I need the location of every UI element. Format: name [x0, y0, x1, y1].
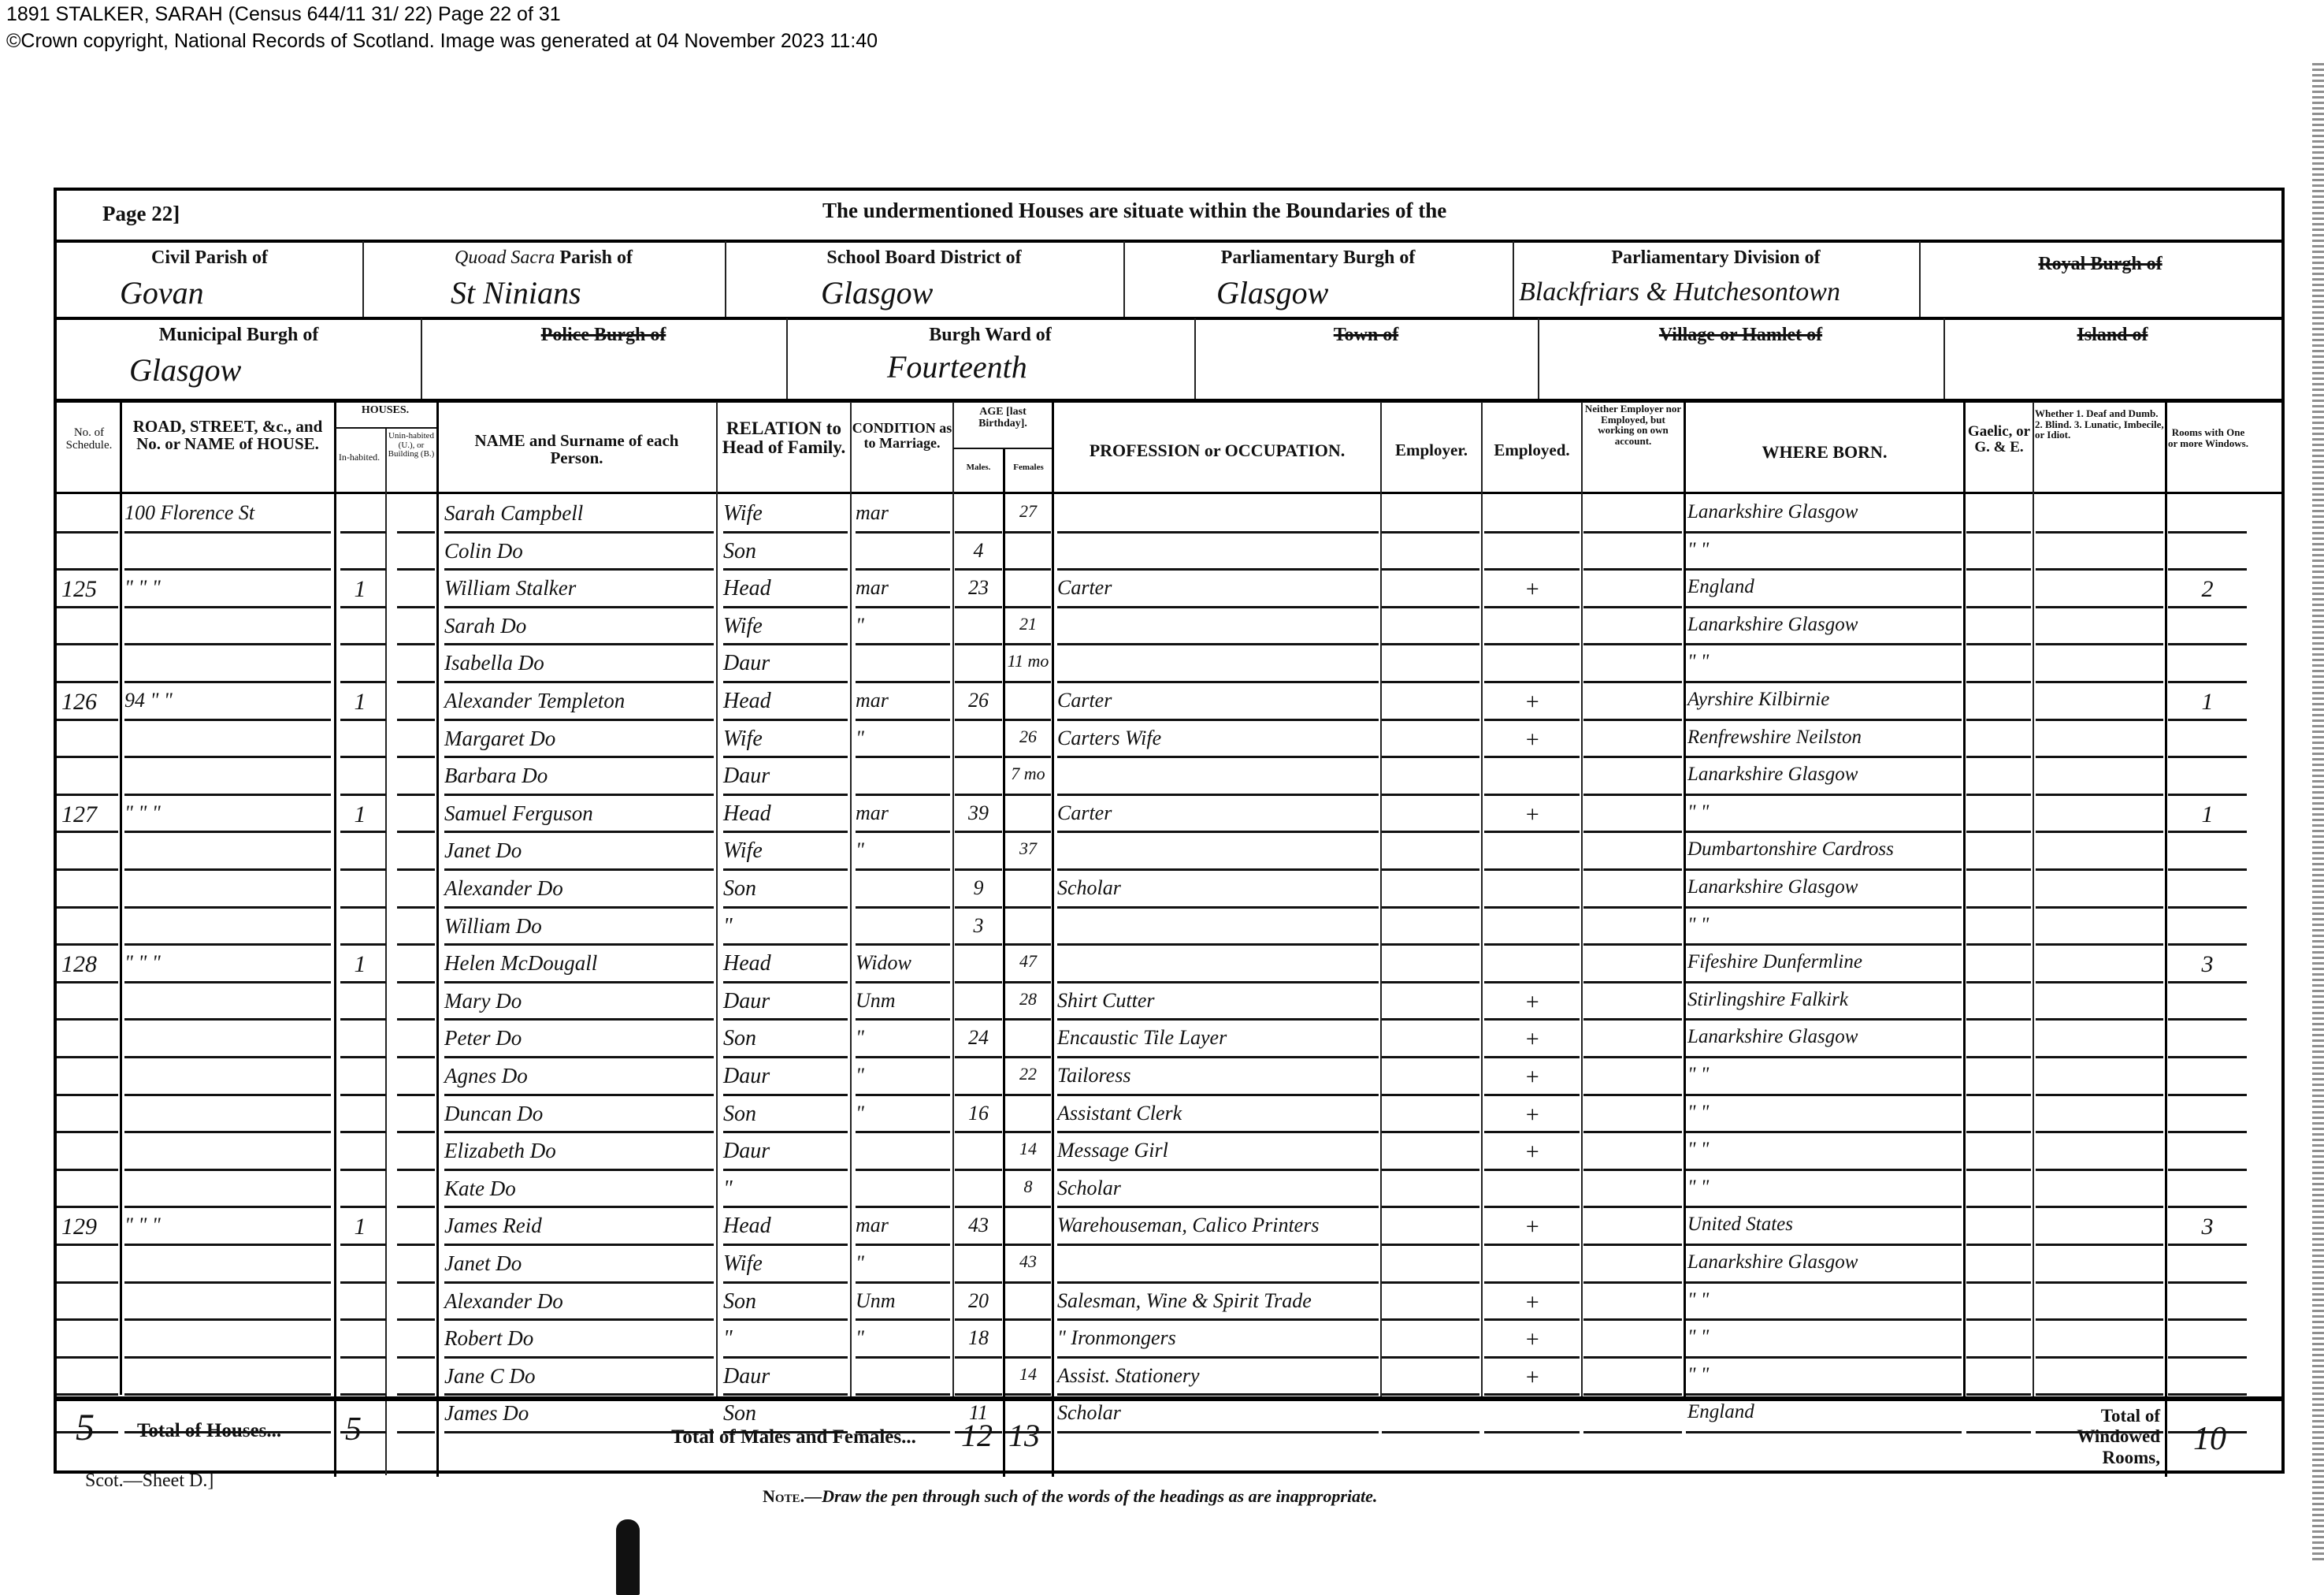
cell-born: England: [1687, 1401, 1963, 1423]
row-rule: [2036, 1169, 2163, 1171]
row-rule: [1484, 1244, 1580, 1246]
cell-inhabited: 1: [340, 801, 380, 828]
row-rule: [1382, 1206, 1479, 1208]
cell-name: Janet Do: [444, 838, 712, 863]
row-rule: [2036, 1281, 2163, 1284]
cell-born: " ": [1687, 1064, 1963, 1086]
divider: [57, 317, 2281, 320]
row-rule: [1005, 756, 1051, 758]
row-rule: [2168, 681, 2247, 683]
row-rule: [2036, 981, 2163, 983]
row-rule: [1686, 1169, 1962, 1171]
row-rule: [1057, 606, 1379, 608]
cell-employed: +: [1484, 1289, 1580, 1316]
row-rule: [444, 1393, 714, 1396]
row-rule: [1583, 1094, 1682, 1096]
row-rule: [57, 906, 118, 909]
row-rule: [124, 1356, 331, 1359]
cell-relation: Daur: [723, 651, 848, 676]
footer-note: Note.—Draw the pen through such of the w…: [763, 1486, 1377, 1507]
cell-female-age: 28: [1005, 989, 1051, 1009]
row-rule: [1583, 531, 1682, 534]
cell-condition: mar: [856, 689, 950, 712]
row-rule: [856, 1393, 950, 1396]
row-rule: [1966, 1244, 2031, 1246]
row-rule: [1583, 1431, 1682, 1433]
row-rule: [1057, 868, 1379, 871]
row-rule: [1583, 1018, 1682, 1021]
row-rule: [1583, 1318, 1682, 1321]
parliamentary-division-label: Parliamentary Division of: [1513, 247, 1919, 269]
row-rule: [1686, 1056, 1962, 1058]
divider: [1919, 241, 1921, 317]
cell-employed: +: [1484, 576, 1580, 603]
cell-female-age: 43: [1005, 1251, 1051, 1272]
total-houses-value: 5: [345, 1411, 362, 1448]
row-rule: [444, 568, 714, 571]
cell-relation: Son: [723, 1102, 848, 1127]
row-rule: [723, 643, 848, 645]
cell-employed: +: [1484, 1064, 1580, 1091]
census-form: Page 22] The undermentioned Houses are s…: [54, 188, 2285, 1474]
row-rule: [397, 1356, 435, 1359]
row-rule: [955, 1281, 1002, 1284]
row-rule: [444, 756, 714, 758]
cell-rooms: 3: [2168, 951, 2247, 978]
row-rule: [444, 681, 714, 683]
cell-condition: ": [856, 1251, 950, 1275]
row-rule: [57, 681, 118, 683]
cell-relation: Son: [723, 1401, 848, 1426]
row-rule: [444, 1281, 714, 1284]
row-rule: [1382, 1431, 1479, 1433]
col-header-road: ROAD, STREET, &c., and No. or NAME of HO…: [123, 418, 332, 452]
ink-blot: [616, 1519, 640, 1595]
row-rule: [1382, 943, 1479, 946]
row-rule: [397, 643, 435, 645]
row-rule: [397, 868, 435, 871]
cell-name: William Do: [444, 914, 712, 939]
row-rule: [1686, 1318, 1962, 1321]
cell-road: 100 Florence St: [124, 501, 331, 525]
cell-born: " ": [1687, 1102, 1963, 1124]
row-rule: [340, 531, 386, 534]
total-rooms-label: Total of Windowed Rooms,: [2073, 1406, 2160, 1468]
cell-male-age: 20: [955, 1289, 1002, 1313]
row-rule: [340, 1131, 386, 1133]
cell-name: Samuel Ferguson: [444, 801, 712, 826]
cell-born: " ": [1687, 1289, 1963, 1311]
col-header-employer: Employer.: [1382, 441, 1481, 459]
row-rule: [124, 1056, 331, 1058]
row-rule: [955, 1169, 1002, 1171]
cell-condition: mar: [856, 801, 950, 825]
row-rule: [124, 981, 331, 983]
row-rule: [444, 643, 714, 645]
row-rule: [2036, 1018, 2163, 1021]
parliamentary-burgh-value: Glasgow: [1216, 274, 1328, 311]
row-rule: [723, 1244, 848, 1246]
cell-condition: ": [856, 1326, 950, 1350]
row-rule: [1966, 831, 2031, 833]
cell-relation: Daur: [723, 1064, 848, 1089]
row-rule: [1382, 568, 1479, 571]
cell-condition: mar: [856, 501, 950, 525]
cell-employed: +: [1484, 989, 1580, 1016]
cell-born: Lanarkshire Glasgow: [1687, 614, 1963, 636]
cell-occupation: Assistant Clerk: [1057, 1102, 1380, 1125]
row-rule: [1057, 1281, 1379, 1284]
row-rule: [1686, 756, 1962, 758]
row-rule: [1057, 981, 1379, 983]
cell-relation: Son: [723, 1026, 848, 1051]
row-rule: [1484, 531, 1580, 534]
row-rule: [1583, 1206, 1682, 1208]
row-rule: [1484, 1431, 1580, 1433]
cell-occupation: Scholar: [1057, 876, 1380, 900]
row-rule: [1686, 568, 1962, 571]
cell-male-age: 4: [955, 539, 1002, 563]
row-rule: [1686, 981, 1962, 983]
row-rule: [856, 681, 950, 683]
row-rule: [856, 906, 950, 909]
cell-born: " ": [1687, 1364, 1963, 1386]
cell-born: Fifeshire Dunfermline: [1687, 951, 1963, 973]
row-rule: [856, 643, 950, 645]
row-rule: [1382, 906, 1479, 909]
row-rule: [57, 1318, 118, 1321]
row-rule: [1686, 868, 1962, 871]
row-rule: [723, 756, 848, 758]
cell-condition: Widow: [856, 951, 950, 975]
row-rule: [444, 1244, 714, 1246]
col-header-rooms: Rooms with One or more Windows.: [2167, 427, 2249, 448]
row-rule: [124, 1318, 331, 1321]
cell-name: Helen McDougall: [444, 951, 712, 976]
cell-name: Sarah Do: [444, 614, 712, 638]
col-divider: [436, 402, 439, 1477]
burgh-ward-value: Fourteenth: [887, 348, 1027, 385]
cell-relation: Wife: [723, 501, 848, 526]
row-rule: [1484, 1094, 1580, 1096]
row-rule: [1057, 1206, 1379, 1208]
row-rule: [723, 868, 848, 871]
row-rule: [2036, 794, 2163, 796]
row-rule: [1966, 643, 2031, 645]
row-rule: [1484, 1206, 1580, 1208]
row-rule: [1583, 1169, 1682, 1171]
row-rule: [57, 1393, 118, 1396]
cell-born: " ": [1687, 914, 1963, 936]
row-rule: [444, 1169, 714, 1171]
row-rule: [1382, 794, 1479, 796]
row-rule: [124, 719, 331, 721]
row-rule: [2168, 1281, 2247, 1284]
cell-inhabited: 1: [340, 951, 380, 978]
cell-relation: ": [723, 1177, 848, 1202]
cell-name: James Reid: [444, 1214, 712, 1238]
row-rule: [444, 531, 714, 534]
row-rule: [1005, 906, 1051, 909]
row-rule: [340, 1281, 386, 1284]
row-rule: [397, 1131, 435, 1133]
cell-female-age: 37: [1005, 838, 1051, 859]
row-rule: [1966, 868, 2031, 871]
row-rule: [856, 1281, 950, 1284]
cell-condition: Unm: [856, 1289, 950, 1313]
cell-occupation: Carter: [1057, 801, 1380, 825]
row-rule: [340, 681, 386, 683]
col-divider: [952, 402, 954, 1396]
page-edge-scan-noise: [2312, 63, 2324, 1560]
row-rule: [723, 906, 848, 909]
cell-name: Agnes Do: [444, 1064, 712, 1088]
cell-occupation: Carter: [1057, 576, 1380, 600]
row-rule: [723, 719, 848, 721]
row-rule: [1686, 1018, 1962, 1021]
cell-rooms: 3: [2168, 1214, 2247, 1240]
row-rule: [1005, 568, 1051, 571]
row-rule: [124, 643, 331, 645]
row-rule: [397, 1056, 435, 1058]
row-rule: [397, 1169, 435, 1171]
col-header-name: NAME and Surname of each Person.: [451, 432, 703, 467]
row-rule: [2036, 606, 2163, 608]
row-rule: [856, 1356, 950, 1359]
row-rule: [856, 719, 950, 721]
col-header-gaelic: Gaelic, or G. & E.: [1966, 424, 2033, 455]
row-rule: [1005, 981, 1051, 983]
row-rule: [2168, 1393, 2247, 1396]
row-rule: [1686, 1393, 1962, 1396]
row-rule: [1686, 606, 1962, 608]
cell-male-age: 9: [955, 876, 1002, 900]
cell-name: Kate Do: [444, 1177, 712, 1201]
row-rule: [1382, 719, 1479, 721]
row-rule: [1057, 1318, 1379, 1321]
row-rule: [1583, 568, 1682, 571]
row-rule: [1966, 1281, 2031, 1284]
row-rule: [2168, 1169, 2247, 1171]
cell-condition: ": [856, 614, 950, 638]
cell-male-age: 39: [955, 801, 1002, 825]
row-rule: [1966, 794, 2031, 796]
row-rule: [340, 1206, 386, 1208]
row-rule: [1686, 1431, 1962, 1433]
row-rule: [2168, 1244, 2247, 1246]
row-rule: [1966, 981, 2031, 983]
row-rule: [1005, 1169, 1051, 1171]
cell-female-age: 21: [1005, 614, 1051, 634]
cell-relation: Daur: [723, 1364, 848, 1389]
row-rule: [444, 831, 714, 833]
row-rule: [723, 1206, 848, 1208]
cell-female-age: 22: [1005, 1064, 1051, 1084]
row-rule: [856, 1318, 950, 1321]
total-houses-label: Total of Houses...: [137, 1420, 281, 1442]
row-rule: [2168, 868, 2247, 871]
cell-name: Mary Do: [444, 989, 712, 1013]
row-rule: [2036, 681, 2163, 683]
row-rule: [723, 1169, 848, 1171]
cell-relation: Daur: [723, 1139, 848, 1164]
row-rule: [57, 606, 118, 608]
row-rule: [1686, 643, 1962, 645]
cell-relation: Head: [723, 689, 848, 714]
col-header-inhabited: In-habited.: [334, 452, 384, 463]
cell-occupation: Carter: [1057, 689, 1380, 712]
row-rule: [444, 794, 714, 796]
col-divider: [1581, 402, 1583, 1396]
cell-relation: ": [723, 914, 848, 939]
cell-relation: Son: [723, 1289, 848, 1314]
row-rule: [1382, 1356, 1479, 1359]
row-rule: [444, 1356, 714, 1359]
row-rule: [1057, 831, 1379, 833]
row-rule: [2036, 1094, 2163, 1096]
row-rule: [340, 794, 386, 796]
row-rule: [2168, 1131, 2247, 1133]
cell-condition: mar: [856, 576, 950, 600]
row-rule: [1484, 794, 1580, 796]
row-rule: [1057, 643, 1379, 645]
row-rule: [340, 906, 386, 909]
row-rule: [340, 943, 386, 946]
row-rule: [340, 981, 386, 983]
row-rule: [57, 1094, 118, 1096]
note-prefix: Note.—: [763, 1486, 822, 1506]
row-rule: [1057, 719, 1379, 721]
cell-born: Ayrshire Kilbirnie: [1687, 689, 1963, 711]
row-rule: [2036, 531, 2163, 534]
row-rule: [955, 906, 1002, 909]
cell-road: " " ": [124, 1214, 331, 1237]
cell-born: Stirlingshire Falkirk: [1687, 989, 1963, 1011]
row-rule: [1966, 1206, 2031, 1208]
row-rule: [856, 868, 950, 871]
row-rule: [57, 1018, 118, 1021]
row-rule: [2036, 1056, 2163, 1058]
row-rule: [723, 981, 848, 983]
cell-name: Isabella Do: [444, 651, 712, 675]
row-rule: [1005, 531, 1051, 534]
cell-occupation: Shirt Cutter: [1057, 989, 1380, 1013]
col-divider: [2033, 402, 2034, 1396]
cell-occupation: Scholar: [1057, 1177, 1380, 1200]
cell-condition: mar: [856, 1214, 950, 1237]
cell-occupation: " Ironmongers: [1057, 1326, 1380, 1350]
row-rule: [856, 943, 950, 946]
cell-occupation: Carters Wife: [1057, 727, 1380, 750]
row-rule: [1484, 831, 1580, 833]
row-rule: [340, 568, 386, 571]
cell-condition: ": [856, 1102, 950, 1125]
parish-of: Parish of: [559, 247, 633, 268]
row-rule: [1583, 906, 1682, 909]
row-rule: [1057, 1094, 1379, 1096]
row-rule: [124, 1244, 331, 1246]
row-rule: [723, 1356, 848, 1359]
row-rule: [397, 1206, 435, 1208]
row-rule: [124, 831, 331, 833]
cell-born: Dumbartonshire Cardross: [1687, 838, 1963, 861]
row-rule: [955, 1244, 1002, 1246]
row-rule: [124, 568, 331, 571]
row-rule: [397, 756, 435, 758]
row-rule: [2036, 1318, 2163, 1321]
cell-employed: +: [1484, 727, 1580, 753]
row-rule: [1005, 1018, 1051, 1021]
row-rule: [1966, 568, 2031, 571]
row-rule: [723, 1131, 848, 1133]
row-rule: [1484, 643, 1580, 645]
cell-born: England: [1687, 576, 1963, 598]
row-rule: [1686, 943, 1962, 946]
row-rule: [2036, 906, 2163, 909]
row-rule: [1484, 719, 1580, 721]
cell-born: " ": [1687, 1177, 1963, 1199]
cell-born: Lanarkshire Glasgow: [1687, 1026, 1963, 1048]
row-rule: [723, 943, 848, 946]
row-rule: [57, 794, 118, 796]
sheet-label: Scot.—Sheet D.]: [85, 1470, 213, 1492]
row-rule: [955, 868, 1002, 871]
row-rule: [1057, 1431, 1379, 1433]
col-header-uninhabited: Unin-habited (U.), or Building (B.): [387, 432, 436, 459]
row-rule: [1005, 1094, 1051, 1096]
row-rule: [57, 1056, 118, 1058]
row-rule: [57, 981, 118, 983]
row-rule: [1583, 756, 1682, 758]
record-title: 1891 STALKER, SARAH (Census 644/11 31/ 2…: [6, 3, 561, 26]
cell-name: Margaret Do: [444, 727, 712, 751]
quoad-sacra-label: Quoad Sacra Parish of: [362, 247, 725, 269]
row-rule: [2036, 719, 2163, 721]
civil-parish-label: Civil Parish of: [57, 247, 362, 269]
row-rule: [1583, 1393, 1682, 1396]
row-rule: [1382, 681, 1479, 683]
quoad-sacra-value: St Ninians: [451, 274, 581, 311]
cell-born: " ": [1687, 539, 1963, 561]
cell-female-age: 14: [1005, 1364, 1051, 1385]
row-rule: [2036, 831, 2163, 833]
row-rule: [1966, 1094, 2031, 1096]
col-header-age: AGE [last Birthday].: [954, 407, 1052, 429]
row-rule: [1484, 756, 1580, 758]
cell-female-age: 7 mo: [1005, 764, 1051, 784]
cell-male-age: 18: [955, 1326, 1002, 1350]
cell-name: James Do: [444, 1401, 712, 1426]
cell-born: " ": [1687, 651, 1963, 673]
row-rule: [1966, 1131, 2031, 1133]
row-rule: [2168, 1206, 2247, 1208]
cell-born: Lanarkshire Glasgow: [1687, 764, 1963, 786]
row-rule: [340, 1018, 386, 1021]
row-rule: [124, 531, 331, 534]
row-rule: [397, 681, 435, 683]
row-rule: [57, 1131, 118, 1133]
police-burgh-label: Police Burgh of: [421, 325, 786, 346]
cell-relation: Head: [723, 1214, 848, 1239]
cell-employed: +: [1484, 801, 1580, 828]
row-rule: [57, 1206, 118, 1208]
cell-occupation: Encaustic Tile Layer: [1057, 1026, 1380, 1050]
row-rule: [124, 906, 331, 909]
row-rule: [1686, 831, 1962, 833]
row-rule: [1966, 1431, 2031, 1433]
cell-male-age: 3: [955, 914, 1002, 938]
row-rule: [340, 1244, 386, 1246]
